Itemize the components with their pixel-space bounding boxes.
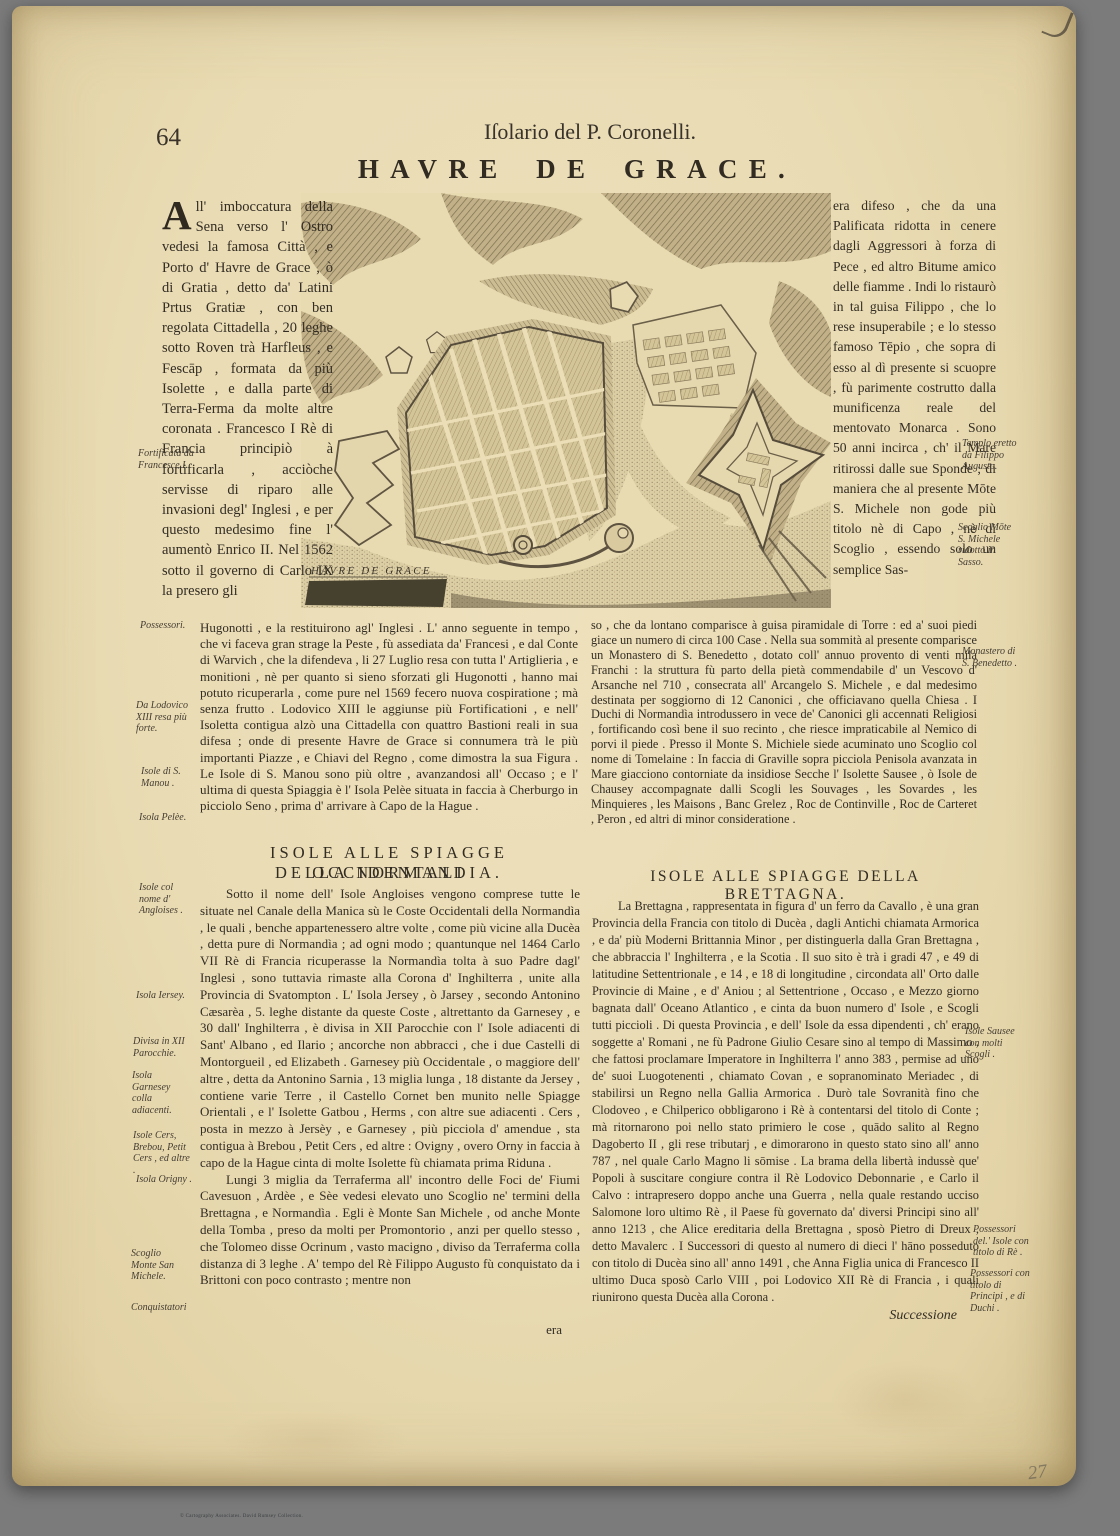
right-mid-paragraph: so , che da lontano comparisce à guisa p… xyxy=(591,618,977,850)
left-narrow-text: ll' imboccatura della Sena verso l' Ostr… xyxy=(162,199,333,599)
brettagna-paragraph: La Brettagna , rappresentata in figura d… xyxy=(592,898,979,1306)
margin-note: Divisa in XII Parocchie. xyxy=(133,1036,191,1059)
pencil-mark: 27 xyxy=(1027,1461,1049,1485)
margin-note: Isole Sausee con molti Scogli . xyxy=(965,1026,1023,1061)
scanned-book-page: { "page": { "number": "64", "running_hea… xyxy=(0,0,1120,1536)
margin-note: Scoglio Monte San Michele. xyxy=(131,1248,189,1283)
normandia-paragraph: Sotto il nome dell' Isole Angloises veng… xyxy=(200,886,580,1172)
left-narrow-column: All' imboccatura della Sena verso l' Ost… xyxy=(162,197,333,621)
catchword-successione: Successione xyxy=(592,1308,957,1324)
margin-note: Fortificata da Francesce I. xyxy=(138,448,196,471)
page-number: 64 xyxy=(156,124,181,152)
margin-note: Isole Cers, Brebou, Petit Cers , ed altr… xyxy=(133,1130,191,1176)
margin-note: Possessori con titolo di Principi , e di… xyxy=(970,1268,1030,1314)
right-lower-paragraphs: La Brettagna , rappresentata in figura d… xyxy=(592,898,979,1328)
heading-normandia-line2: DELLA NORMANDIA. xyxy=(200,863,578,883)
running-head: Iſolario del P. Coronelli. xyxy=(310,119,870,145)
margin-note: Possessori. xyxy=(140,620,198,632)
map-basin-islet xyxy=(618,528,628,538)
margin-note: Da Lodovico XIII resa più forte. xyxy=(136,700,194,735)
margin-note: Isole col nome d' Angloises . xyxy=(139,882,197,917)
margin-note: Isola Pelèe. xyxy=(139,812,197,824)
margin-note: Isole di S. Manou . xyxy=(141,766,199,789)
right-narrow-text: era difeso , che da una Palificata ridot… xyxy=(833,198,996,577)
drop-cap: A xyxy=(162,198,192,232)
copyright-line: © Cartography Associates. David Rumsey C… xyxy=(180,1514,303,1519)
margin-note: Isola Origny . xyxy=(136,1174,194,1186)
page-title: HAVRE DE GRACE. xyxy=(282,154,872,185)
map-basin xyxy=(605,524,633,552)
margin-note: Monastero di S. Benedetto . xyxy=(962,646,1022,669)
margin-note: Scoglio Mōte S. Michele ridotto in Sasso… xyxy=(958,522,1020,568)
margin-note: Isola Garnesey colla adiacenti. xyxy=(132,1070,190,1116)
left-lower-paragraphs: Sotto il nome dell' Isole Angloises veng… xyxy=(200,886,580,1322)
margin-note: Possessori del.' Isole con titolo di Rè … xyxy=(973,1224,1031,1259)
catchword-era: era xyxy=(200,1322,562,1338)
margin-note: Isola Iersey. xyxy=(136,990,194,1002)
margin-note: Templo eretto da Filippo Augusto. xyxy=(962,438,1022,473)
map-engraving: HAVRE DE GRACE xyxy=(301,193,831,608)
margin-note: Conquistatori xyxy=(131,1302,189,1314)
map-harbour-tower xyxy=(514,536,532,554)
left-mid-paragraph: Hugonotti , e la restituirono agl' Ingle… xyxy=(200,620,578,846)
mont-st-michel-paragraph: Lungi 3 miglia da Terraferma all' incont… xyxy=(200,1172,580,1290)
